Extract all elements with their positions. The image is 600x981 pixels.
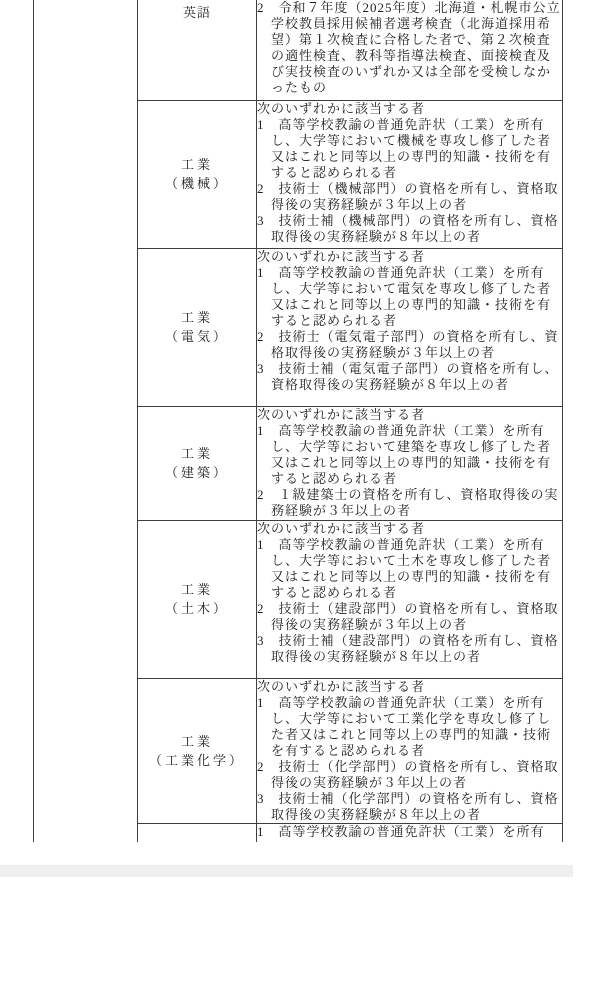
requirement-item: 2 １級建築士の資格を所有し、資格取得後の実務経験が３年以上の者 bbox=[257, 487, 562, 519]
subject-cell: 工業 （工業化学） bbox=[138, 678, 257, 823]
requirements-cell: 1 高等学校教諭の普通免許状（工業）を所有 bbox=[257, 823, 563, 842]
subject-cell: 工業 （土木） bbox=[138, 520, 257, 678]
subject-cell: 工業 （建築） bbox=[138, 406, 257, 520]
document-page: 英語 2 令和７年度（2025年度）北海道・札幌市公立学校教員採用候補者選考検査… bbox=[0, 0, 600, 981]
requirement-item: 3 技術士補（電気電子部門）の資格を所有し、資格取得後の実務経験が８年以上の者 bbox=[257, 361, 562, 393]
requirement-lead: 次のいずれかに該当する者 bbox=[257, 249, 562, 265]
requirement-item: 1 高等学校教諭の普通免許状（工業）を所有 bbox=[257, 824, 562, 840]
page-separator bbox=[0, 865, 573, 877]
requirement-lead: 次のいずれかに該当する者 bbox=[257, 407, 562, 423]
requirement-lead: 次のいずれかに該当する者 bbox=[257, 101, 562, 117]
requirement-item: 2 技術士（機械部門）の資格を所有し、資格取得後の実務経験が３年以上の者 bbox=[257, 181, 562, 213]
requirements-cell: 次のいずれかに該当する者 1 高等学校教諭の普通免許状（工業）を所有し、大学等に… bbox=[257, 248, 563, 406]
subject-cell bbox=[138, 823, 257, 842]
requirements-table: 英語 2 令和７年度（2025年度）北海道・札幌市公立学校教員採用候補者選考検査… bbox=[33, 0, 563, 842]
requirement-item: 1 高等学校教諭の普通免許状（工業）を所有し、大学等において建築を専攻し修了した… bbox=[257, 423, 562, 487]
requirement-item: 1 高等学校教諭の普通免許状（工業）を所有し、大学等において機械を専攻し修了した… bbox=[257, 117, 562, 181]
requirements-cell: 次のいずれかに該当する者 1 高等学校教諭の普通免許状（工業）を所有し、大学等に… bbox=[257, 678, 563, 823]
subject-cell: 工業 （機械） bbox=[138, 100, 257, 248]
requirements-cell: 2 令和７年度（2025年度）北海道・札幌市公立学校教員採用候補者選考検査（北海… bbox=[257, 0, 563, 100]
requirement-item: 3 技術士補（化学部門）の資格を所有し、資格取得後の実務経験が８年以上の者 bbox=[257, 791, 562, 823]
school-type-cell bbox=[34, 0, 138, 842]
requirement-lead: 次のいずれかに該当する者 bbox=[257, 521, 562, 537]
requirement-item: 1 高等学校教諭の普通免許状（工業）を所有し、大学等において土木を専攻し修了した… bbox=[257, 537, 562, 601]
requirement-item: 2 令和７年度（2025年度）北海道・札幌市公立学校教員採用候補者選考検査（北海… bbox=[257, 0, 562, 96]
requirement-item: 2 技術士（化学部門）の資格を所有し、資格取得後の実務経験が３年以上の者 bbox=[257, 759, 562, 791]
requirement-item: 3 技術士補（建設部門）の資格を所有し、資格取得後の実務経験が８年以上の者 bbox=[257, 633, 562, 665]
requirements-cell: 次のいずれかに該当する者 1 高等学校教諭の普通免許状（工業）を所有し、大学等に… bbox=[257, 100, 563, 248]
requirement-item: 2 技術士（電気電子部門）の資格を所有し、資格取得後の実務経験が３年以上の者 bbox=[257, 329, 562, 361]
subject-cell: 工業 （電気） bbox=[138, 248, 257, 406]
requirement-lead: 次のいずれかに該当する者 bbox=[257, 679, 562, 695]
table-row: 英語 2 令和７年度（2025年度）北海道・札幌市公立学校教員採用候補者選考検査… bbox=[34, 0, 563, 100]
requirements-table-container: 英語 2 令和７年度（2025年度）北海道・札幌市公立学校教員採用候補者選考検査… bbox=[33, 0, 564, 842]
requirements-cell: 次のいずれかに該当する者 1 高等学校教諭の普通免許状（工業）を所有し、大学等に… bbox=[257, 406, 563, 520]
requirement-item: 1 高等学校教諭の普通免許状（工業）を所有し、大学等において工業化学を専攻し修了… bbox=[257, 695, 562, 759]
requirement-item: 3 技術士補（機械部門）の資格を所有し、資格取得後の実務経験が８年以上の者 bbox=[257, 213, 562, 245]
requirements-cell: 次のいずれかに該当する者 1 高等学校教諭の普通免許状（工業）を所有し、大学等に… bbox=[257, 520, 563, 678]
requirement-item: 1 高等学校教諭の普通免許状（工業）を所有し、大学等において電気を専攻し修了した… bbox=[257, 265, 562, 329]
subject-cell: 英語 bbox=[138, 0, 257, 100]
requirement-item: 2 技術士（建設部門）の資格を所有し、資格取得後の実務経験が３年以上の者 bbox=[257, 601, 562, 633]
